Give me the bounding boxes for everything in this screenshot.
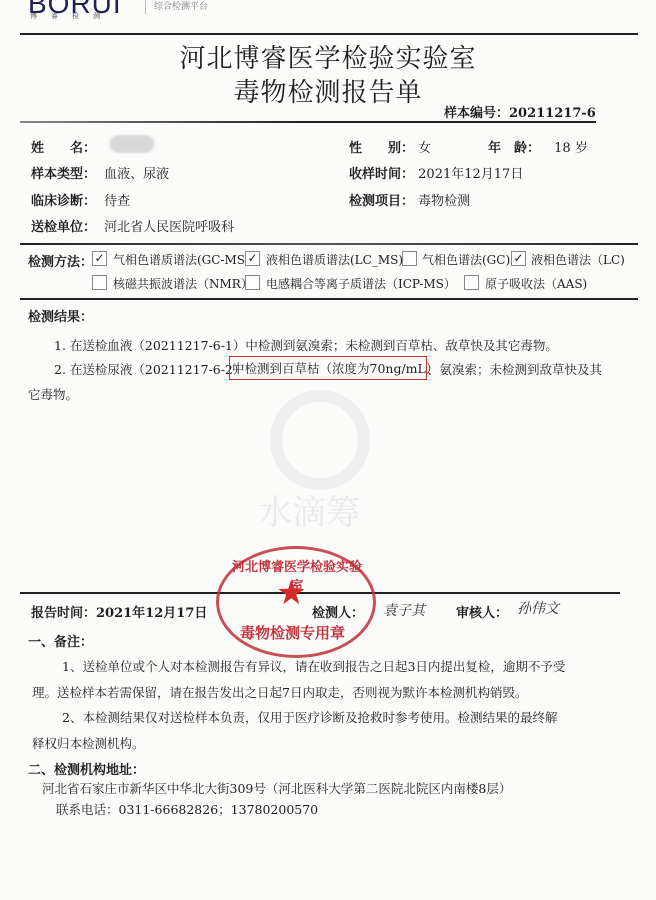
sample-type-value: 血液、尿液 <box>104 167 169 182</box>
diagnosis-value: 待查 <box>104 194 130 209</box>
checkbox-aas[interactable] <box>464 275 479 290</box>
divider-left <box>20 121 296 123</box>
result-line-3: 它毒物。 <box>28 385 78 403</box>
note-1a: 1、送检单位或个人对本检测报告有异议，请在收到报告之日起3日内提出复检，逾期不予… <box>62 657 565 675</box>
age-row: 年 龄： 18 岁 <box>488 137 588 156</box>
note-2b: 释权归本检测机构。 <box>32 734 145 752</box>
note-1b: 理。送检样本若需保留，请在报告发出之日起7日内取走，否则视为默许本检测机构销毁。 <box>32 683 527 701</box>
reviewer-label: 审核人： <box>456 602 508 621</box>
borui-logo: BORUI 博睿检测 综合检测平台 <box>28 0 228 28</box>
sample-type-row: 样本类型： 血液、尿液 <box>31 163 169 182</box>
watermark-text: 水滴筹 <box>258 485 360 534</box>
test-item-label: 检测项目： <box>349 190 414 209</box>
name-row: 姓 名： <box>31 137 96 156</box>
unit-value: 河北省人民医院呼吸科 <box>104 220 234 235</box>
reviewer-signature: 孙伟文 <box>517 598 559 618</box>
test-item-value: 毒物检测 <box>418 194 470 209</box>
report-time: 报告时间：2021年12月17日 <box>31 602 207 621</box>
methods-top-divider <box>20 243 638 245</box>
collect-time-value: 2021年12月17日 <box>418 167 523 182</box>
address-heading: 二、检测机构地址： <box>28 759 145 778</box>
methods-label: 检测方法： <box>28 251 93 270</box>
diagnosis-row: 临床诊断： 待查 <box>31 190 130 209</box>
report-page: BORUI 博睿检测 综合检测平台 河北博睿医学检验实验室 毒物检测报告单 样本… <box>0 0 656 900</box>
gender-label: 性 别： <box>349 137 414 156</box>
watermark-logo-icon <box>270 390 370 490</box>
name-label: 姓 名： <box>31 137 96 156</box>
method-lc: 液相色谱法（LC) <box>531 251 625 268</box>
logo-divider <box>145 0 146 14</box>
gender-value: 女 <box>418 141 431 156</box>
gender-row: 性 别： 女 <box>349 137 431 156</box>
note-2a: 2、本检测结果仅对送检样本负责，仅用于医疗诊断及抢救时参考使用。检测结果的最终解 <box>62 708 557 726</box>
result-line-2-suffix: 、氨溴索；未检测到敌草快及其 <box>427 360 602 378</box>
age-value: 18 岁 <box>554 141 588 156</box>
method-gc: 气相色谱法(GC) <box>422 251 510 268</box>
method-gc-ms: 气相色谱质谱法(GC-MS) <box>113 251 250 268</box>
result-line-1: 1. 在送检血液（20211217-6-1）中检测到氨溴索；未检测到百草枯、敌草… <box>54 336 558 354</box>
results-heading: 检测结果： <box>28 306 93 325</box>
diagnosis-label: 临床诊断： <box>31 190 96 209</box>
age-label: 年 龄： <box>488 137 540 156</box>
contact-phone: 联系电话：0311-66682826；13780200570 <box>56 800 318 818</box>
logo-tagline: 综合检测平台 <box>154 2 208 13</box>
tester-signature: 袁子其 <box>383 600 425 620</box>
divider-right <box>296 121 596 123</box>
checkbox-icp-ms[interactable] <box>245 275 260 290</box>
checkbox-gc-ms[interactable]: ✓ <box>92 251 107 266</box>
method-lc-ms: 液相色谱质谱法(LC_MS) <box>266 251 403 268</box>
header-divider <box>20 33 638 35</box>
methods-bottom-divider <box>20 298 638 300</box>
notes-heading: 一、备注： <box>28 631 93 650</box>
checkbox-lc-ms[interactable]: ✓ <box>245 251 260 266</box>
unit-label: 送检单位： <box>31 216 96 235</box>
result-line-2-highlight: 中检测到百草枯（浓度为70ng/mL） <box>232 359 438 377</box>
logo-subtitle: 博睿检测 <box>30 11 114 21</box>
test-item-row: 检测项目： 毒物检测 <box>349 190 470 209</box>
tester-label: 检测人： <box>312 602 364 621</box>
result-line-2-prefix: 2. 在送检尿液（20211217-6-2） <box>54 360 245 378</box>
collect-time-label: 收样时间： <box>349 163 414 182</box>
method-aas: 原子吸收法（AAS) <box>485 275 587 292</box>
star-icon: ★ <box>276 576 306 610</box>
checkbox-lc[interactable]: ✓ <box>511 251 526 266</box>
checkbox-gc[interactable] <box>402 251 417 266</box>
stamp-purpose: 毒物检测专用章 <box>240 622 345 643</box>
lab-title: 河北博睿医学检验实验室 <box>0 38 656 75</box>
unit-row: 送检单位： 河北省人民医院呼吸科 <box>31 216 234 235</box>
collect-time-row: 收样时间： 2021年12月17日 <box>349 163 523 182</box>
address-line: 河北省石家庄市新华区中华北大街309号（河北医科大学第二医院北院区内南楼8层） <box>42 779 511 797</box>
redacted-name <box>110 135 154 153</box>
checkbox-nmr[interactable] <box>92 275 107 290</box>
method-nmr: 核磁共振波谱法（NMR） <box>113 275 253 292</box>
method-icp-ms: 电感耦合等离子质谱法（ICP-MS） <box>266 275 456 292</box>
sample-type-label: 样本类型： <box>31 163 96 182</box>
sample-number: 样本编号：20211217-6 <box>444 102 596 121</box>
